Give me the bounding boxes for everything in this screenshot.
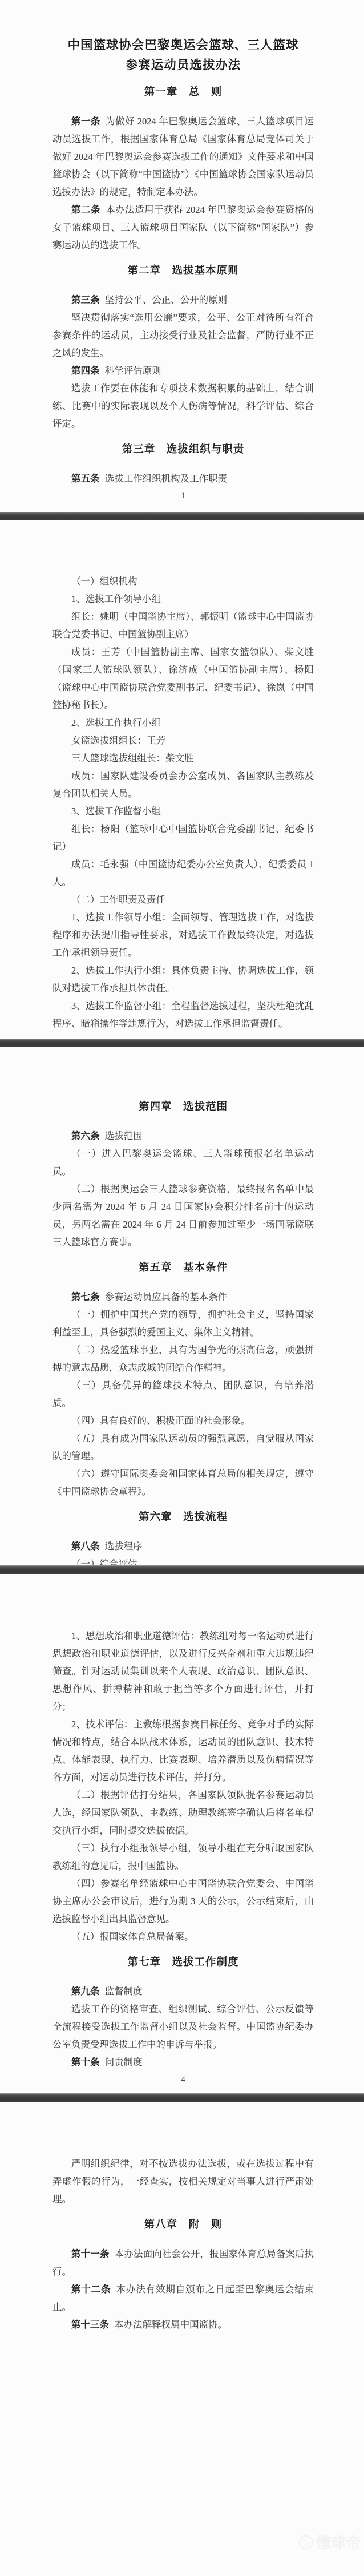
paragraph: 1、思想政治和职业道德评估：教练组对每一名运动员进行思想政治和职业道德评估，以及… xyxy=(52,1627,314,1715)
paragraph: 第四条科学评估原则 xyxy=(52,362,314,379)
paragraph: 3、选拔工作监督小组 xyxy=(52,802,314,820)
article-label: 第三条 xyxy=(71,294,100,305)
paragraph-text: （一）拥护中国共产党的领导，拥护社会主义，坚持国家利益至上，具备强烈的爱国主义、… xyxy=(52,1309,314,1338)
document-title-line: 中国篮球协会巴黎奥运会篮球、三人篮球 xyxy=(52,35,314,55)
page-separator xyxy=(0,2093,364,2102)
paragraph-text: 选拔程序 xyxy=(105,1541,143,1552)
paragraph: 第八条选拔程序 xyxy=(52,1537,314,1555)
article-label: 第一条 xyxy=(71,116,100,127)
article-label: 第九条 xyxy=(71,1986,100,1997)
paragraph: 2、技术评估：主教练根据参赛目标任务、竞争对手的实际情况和特点，结合本队战术体系… xyxy=(52,1715,314,1786)
chapter-heading: 第六章 选拔流程 xyxy=(52,1510,314,1525)
paragraph-text: （二）热爱篮球事业，具有为国争光的崇高信念，顽强拼搏的意志品质，众志成城的团结合… xyxy=(52,1344,314,1373)
chapter-heading: 第八章 附 则 xyxy=(52,2218,314,2233)
paragraph-text: 监督制度 xyxy=(105,1986,143,1997)
paragraph: （一）进入巴黎奥运会篮球、三人篮球预报名名单运动员。 xyxy=(52,1145,314,1180)
page-separator xyxy=(0,512,364,520)
paragraph-text: 2、选拔工作执行小组 xyxy=(71,717,161,728)
paragraph: 第十条问责制度 xyxy=(52,2053,314,2071)
article-label: 第十三条 xyxy=(71,2319,109,2330)
article-label: 第六条 xyxy=(71,1130,100,1141)
chapter-heading: 第三章 选拔组织与职责 xyxy=(52,442,314,458)
page-separator xyxy=(0,1565,364,1574)
document-title-line: 参赛运动员选拔办法 xyxy=(52,55,314,75)
paragraph-text: 为做好 2024 年巴黎奥运会篮球、三人篮球项目运动员选拔工作，根据国家体育总局… xyxy=(52,116,314,197)
paragraph: 组长：姚明（中国篮协主席）、郭振明（篮球中心中国篮协联合党委书记、中国篮协副主席… xyxy=(52,608,314,643)
paragraph: （三）具备优异的篮球技术特点、团队意识，有培养潜质。 xyxy=(52,1376,314,1412)
paragraph: 3、选拔工作监督小组：全程监督选拔过程，坚决杜绝扰乱程序、暗箱操作等违规行为，对… xyxy=(52,997,314,1032)
document-page-2: （一）组织机构1、选拔工作领导小组组长：姚明（中国篮协主席）、郭振明（篮球中心中… xyxy=(0,520,364,1039)
paragraph: 三人篮球选拔组组长：柴文胜 xyxy=(52,749,314,767)
paragraph: （一）组织机构 xyxy=(52,572,314,590)
paragraph-text: （一）综合评估 xyxy=(71,1558,137,1565)
chapter-heading: 第七章 选拔工作制度 xyxy=(52,1955,314,1971)
paragraph-text: 严明组织纪律，对不按选拔办法选拔，或在选拔过程中有弄虚作假的行为，一经查实，按相… xyxy=(52,2158,314,2204)
paragraph: 2、选拔工作执行小组：具体负责主持、协调选拔工作，领队对选拔工作承担具体责任。 xyxy=(52,962,314,997)
paragraph-text: （五）报国家体育总局备案。 xyxy=(71,1931,194,1942)
paragraph: （二）根据奥运会三人篮球参赛资格，最终报名名单中最少两名需为 2024 年 6 … xyxy=(52,1180,314,1251)
paragraph: 第十二条本办法有效期自颁布之日起至巴黎奥运会结束止。 xyxy=(52,2280,314,2316)
article-label: 第十条 xyxy=(71,2057,100,2068)
paragraph-text: （一）组织机构 xyxy=(71,576,137,587)
paragraph-text: （六）遵守国际奥委会和国家体育总局的相关规定，遵守《中国篮球协会章程》。 xyxy=(52,1468,314,1497)
article-label: 第七条 xyxy=(71,1291,100,1302)
paragraph-text: 1、选拔工作领导小组：全面领导、管理选拔工作，对选拔程序和办法提出指导性要求，对… xyxy=(52,912,314,958)
paragraph-text: 选拔工作的资格审查、组织测试、综合评估、公示反馈等全流程接受选拔工作监督小组以及… xyxy=(52,2004,314,2050)
paragraph: 第五条选拔工作组织机构及工作职责 xyxy=(52,470,314,487)
paragraph: 第一条为做好 2024 年巴黎奥运会篮球、三人篮球项目运动员选拔工作，根据国家体… xyxy=(52,112,314,201)
paragraph: （六）遵守国际奥委会和国家体育总局的相关规定，遵守《中国篮球协会章程》。 xyxy=(52,1465,314,1500)
paragraph: 成员：王芳（中国篮协副主席、国家女篮领队）、柴文胜（国家三人篮球队领队）、徐济成… xyxy=(52,643,314,714)
paragraph: 第七条参赛运动员应具备的基本条件 xyxy=(52,1288,314,1306)
page-number: 4 xyxy=(52,2074,314,2086)
paragraph: 女篮选拔组组长：王芳 xyxy=(52,732,314,749)
paragraph-text: 本办法解释权属中国篮协。 xyxy=(114,2319,227,2330)
paragraph-text: 选拔工作组织机构及工作职责 xyxy=(105,473,228,484)
paragraph-text: 3、选拔工作监督小组：全程监督选拔过程，坚决杜绝扰乱程序、暗箱操作等违规行为，对… xyxy=(52,1000,314,1029)
paragraph-text: （一）进入巴黎奥运会篮球、三人篮球预报名名单运动员。 xyxy=(52,1148,314,1177)
paragraph: 第二条本办法适用于获得 2024 年巴黎奥运会参赛资格的女子篮球项目、三人篮球项… xyxy=(52,201,314,254)
article-label: 第五条 xyxy=(71,473,100,484)
paragraph-text: （四）具有良好的、积极正面的社会形象。 xyxy=(71,1415,250,1426)
paragraph-text: 成员：王芳（中国篮协副主席、国家女篮领队）、柴文胜（国家三人篮球队领队）、徐济成… xyxy=(52,647,314,710)
article-label: 第四条 xyxy=(71,365,100,376)
paragraph: 1、选拔工作领导小组：全面领导、管理选拔工作，对选拔程序和办法提出指导性要求，对… xyxy=(52,909,314,962)
paragraph: 第十一条本办法面向社会公开，报国家体育总局备案后执行。 xyxy=(52,2245,314,2280)
paragraph-text: （四）参赛名单经篮球中心中国篮协联合党委会、中国篮协主席办公会审议后，进行为期 … xyxy=(52,1878,314,1924)
document-page-5: 严明组织纪律，对不按选拔办法选拔，或在选拔过程中有弄虚作假的行为，一经查实，按相… xyxy=(0,2102,364,2576)
article-label: 第十二条 xyxy=(71,2284,111,2295)
paragraph: 第十三条本办法解释权属中国篮协。 xyxy=(52,2316,314,2333)
chapter-heading: 第五章 基本条件 xyxy=(52,1261,314,1276)
document-page-3: 第四章 选拔范围第六条选拔范围（一）进入巴黎奥运会篮球、三人篮球预报名名单运动员… xyxy=(0,1047,364,1565)
paragraph: （五）报国家体育总局备案。 xyxy=(52,1928,314,1945)
paragraph-text: 女篮选拔组组长：王芳 xyxy=(71,735,165,746)
page-separator xyxy=(0,1039,364,1047)
paragraph: 成员：毛永强（中国篮协纪委办公室负责人）、纪委委员 1 人。 xyxy=(52,855,314,891)
paragraph: （二）工作职责及责任 xyxy=(52,891,314,909)
paragraph: 第六条选拔范围 xyxy=(52,1127,314,1145)
paragraph-text: 1、思想政治和职业道德评估：教练组对每一名运动员进行思想政治和职业道德评估，以及… xyxy=(52,1630,314,1712)
paragraph: （五）具有成为国家队运动员的强烈意愿，自觉服从国家队的管理。 xyxy=(52,1430,314,1465)
document-scroll: 中国篮球协会巴黎奥运会篮球、三人篮球参赛运动员选拔办法第一章 总 则第一条为做好… xyxy=(0,0,364,2576)
article-label: 第二条 xyxy=(71,204,100,215)
paragraph-text: （三）具备优异的篮球技术特点、团队意识，有培养潜质。 xyxy=(52,1380,314,1408)
paragraph-text: 科学评估原则 xyxy=(105,365,161,376)
paragraph-text: 成员：毛永强（中国篮协纪委办公室负责人）、纪委委员 1 人。 xyxy=(52,859,314,887)
paragraph: 严明组织纪律，对不按选拔办法选拔，或在选拔过程中有弄虚作假的行为，一经查实，按相… xyxy=(52,2155,314,2208)
paragraph: （二）热爱篮球事业，具有为国争光的崇高信念，顽强拼搏的意志品质，众志成城的团结合… xyxy=(52,1341,314,1376)
article-label: 第八条 xyxy=(71,1541,100,1552)
paragraph-text: 3、选拔工作监督小组 xyxy=(71,806,161,817)
paragraph: （三）执行小组报领导小组，领导小组在充分听取国家队教练组的意见后，报中国篮协。 xyxy=(52,1839,314,1875)
paragraph-text: （五）具有成为国家队运动员的强烈意愿，自觉服从国家队的管理。 xyxy=(52,1433,314,1461)
document-page-4: 1、思想政治和职业道德评估：教练组对每一名运动员进行思想政治和职业道德评估，以及… xyxy=(0,1574,364,2093)
paragraph: （二）根据评估打分结果，各国家队领队提名参赛运动员人选，经国家队领队、主教练、助… xyxy=(52,1786,314,1839)
paragraph: （四）具有良好的、积极正面的社会形象。 xyxy=(52,1412,314,1430)
paragraph: 成员：国家队建设委员会办公室成员、各国家队主教练及复合团队相关人员。 xyxy=(52,767,314,802)
document-page-1: 中国篮球协会巴黎奥运会篮球、三人篮球参赛运动员选拔办法第一章 总 则第一条为做好… xyxy=(0,0,364,512)
paragraph: 坚决贯彻落实“选用公廉”要求，公平、公正对待所有符合参赛条件的运动员，主动接受行… xyxy=(52,309,314,362)
paragraph-text: 选拔工作要在体能和专项技术数据积累的基础上，结合训练、比赛中的实际表现以及个人伤… xyxy=(52,383,314,429)
paragraph-text: 三人篮球选拔组组长：柴文胜 xyxy=(71,753,194,764)
paragraph-text: 选拔范围 xyxy=(105,1130,143,1141)
paragraph: 1、选拔工作领导小组 xyxy=(52,590,314,608)
paragraph-text: 问责制度 xyxy=(105,2057,143,2068)
paragraph-text: 1、选拔工作领导小组 xyxy=(71,593,161,604)
paragraph: （一）综合评估 xyxy=(52,1555,314,1565)
chapter-heading: 第四章 选拔范围 xyxy=(52,1100,314,1115)
chapter-heading: 第一章 总 则 xyxy=(52,85,314,100)
paragraph-text: 组长：姚明（中国篮协主席）、郭振明（篮球中心中国篮协联合党委书记、中国篮协副主席… xyxy=(52,611,314,640)
paragraph-text: （三）执行小组报领导小组，领导小组在充分听取国家队教练组的意见后，报中国篮协。 xyxy=(52,1843,314,1871)
paragraph: 第三条坚持公平、公正、公开的原则 xyxy=(52,291,314,309)
paragraph-text: 参赛运动员应具备的基本条件 xyxy=(105,1291,228,1302)
paragraph-text: 组长：杨阳（篮球中心中国篮协联合党委副书记、纪委书记） xyxy=(52,823,314,852)
paragraph: 选拔工作要在体能和专项技术数据积累的基础上，结合训练、比赛中的实际表现以及个人伤… xyxy=(52,379,314,433)
paragraph-text: 坚决贯彻落实“选用公廉”要求，公平、公正对待所有符合参赛条件的运动员，主动接受行… xyxy=(52,312,314,358)
paragraph: 选拔工作的资格审查、组织测试、综合评估、公示反馈等全流程接受选拔工作监督小组以及… xyxy=(52,2000,314,2053)
paragraph: （四）参赛名单经篮球中心中国篮协联合党委会、中国篮协主席办公会审议后，进行为期 … xyxy=(52,1875,314,1928)
paragraph-text: （二）根据评估打分结果，各国家队领队提名参赛运动员人选，经国家队领队、主教练、助… xyxy=(52,1790,314,1836)
paragraph-text: 成员：国家队建设委员会办公室成员、各国家队主教练及复合团队相关人员。 xyxy=(52,770,314,799)
chapter-heading: 第二章 选拔基本原则 xyxy=(52,264,314,279)
document-title: 中国篮球协会巴黎奥运会篮球、三人篮球参赛运动员选拔办法 xyxy=(52,35,314,75)
article-label: 第十一条 xyxy=(71,2248,110,2259)
paragraph-text: （二）工作职责及责任 xyxy=(71,894,165,905)
paragraph: 2、选拔工作执行小组 xyxy=(52,714,314,732)
page-number: 1 xyxy=(52,490,314,502)
paragraph: 第九条监督制度 xyxy=(52,1983,314,2000)
paragraph-text: （二）根据奥运会三人篮球参赛资格，最终报名名单中最少两名需为 2024 年 6 … xyxy=(52,1184,314,1247)
paragraph: （一）拥护中国共产党的领导，拥护社会主义，坚持国家利益至上，具备强烈的爱国主义、… xyxy=(52,1306,314,1341)
paragraph-text: 坚持公平、公正、公开的原则 xyxy=(105,294,228,305)
paragraph-text: 2、选拔工作执行小组：具体负责主持、协调选拔工作，领队对选拔工作承担具体责任。 xyxy=(52,965,314,994)
paragraph-text: 2、技术评估：主教练根据参赛目标任务、竞争对手的实际情况和特点，结合本队战术体系… xyxy=(52,1719,314,1783)
paragraph: 组长：杨阳（篮球中心中国篮协联合党委副书记、纪委书记） xyxy=(52,820,314,855)
